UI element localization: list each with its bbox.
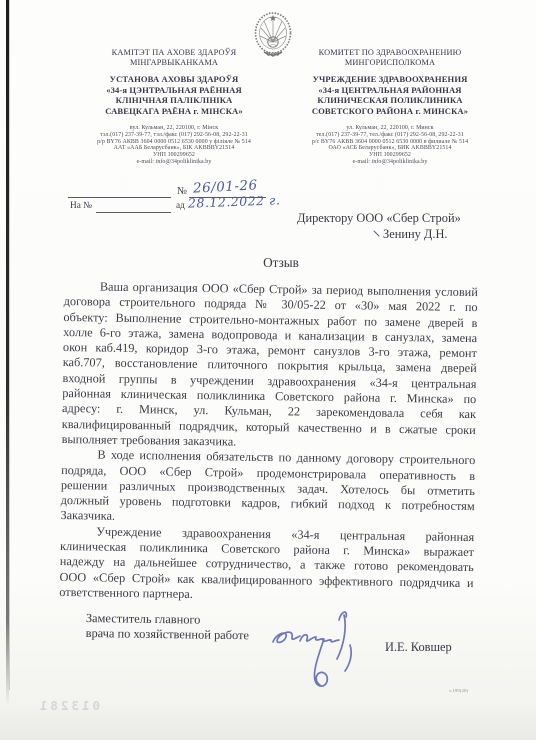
bleed-through-number: 013281 <box>30 698 100 713</box>
text-line: МИНГОРИСПОЛКОМА <box>295 58 485 68</box>
letter-body: Ваша организация ООО «Сбер Строй» за пер… <box>59 279 478 606</box>
org-block-belarusian: КАМІТЭТ ПА АХОВЕ ЗДАРОЎЯМІНГАРВЫКАНКАМА … <box>79 48 269 166</box>
text-line: тел.(017) 237-39-77, тел./факс (017) 292… <box>295 132 485 139</box>
document-title: Отзыв <box>64 255 498 271</box>
organization-name-by: УСТАНОВА АХОВЫ ЗДАРОЎЯ«34-я ЦЭНТРАЛЬНАЯ … <box>79 74 269 116</box>
text-line: УСТАНОВА АХОВЫ ЗДАРОЎЯ <box>79 74 269 85</box>
text-line: УЧРЕЖДЕНИЕ ЗДРАВООХРАНЕНИЯ <box>295 74 485 85</box>
organization-address-ru: ул. Кульман, 22, 220100, г. Минсктел.(01… <box>295 125 485 165</box>
on-number-underline <box>96 212 171 213</box>
org-block-russian: КОМИТЕТ ПО ЗДРАВООХРАНЕНИЮМИНГОРИСПОЛКОМ… <box>295 48 485 166</box>
on-number-label: На № <box>70 201 92 211</box>
text-line: ААТ «ААБ Беларусбанк», БІК AKBBBY21514 <box>79 145 269 152</box>
text-line: ОАО «АСБ Беларусбанк», БИК AKBBBY21514 <box>295 145 485 152</box>
signatory-position-line2: врача по хозяйственной работе <box>86 626 249 644</box>
text-line: КОМИТЕТ ПО ЗДРАВООХРАНЕНИЮ <box>295 48 485 58</box>
text-line: e-mail: info@34poliklinika.by <box>79 159 269 166</box>
text-line: тэл.(017) 237-39-77, тэл./факс (017) 292… <box>79 132 269 139</box>
text-line: СОВЕТСКОГО РАЙОНА г. МИНСКА» <box>295 106 485 117</box>
text-line: УНП 100299652 <box>295 152 485 159</box>
text-line: КАМІТЭТ ПА АХОВЕ ЗДАРОЎЯ <box>79 48 269 58</box>
organization-address-by: вул. Кульман, 22, 220100, г. Мінсктэл.(0… <box>79 125 269 165</box>
signatory-position: Заместитель главного врача по хозяйствен… <box>86 611 250 644</box>
pen-tick-mark-icon <box>373 230 380 238</box>
form-code: з.199(20) <box>449 688 468 693</box>
text-line: САВЕЦКАГА РАЁНА г. МІНСКА» <box>79 106 269 117</box>
belarus-coat-of-arms-icon <box>253 11 293 59</box>
handwritten-signature-icon <box>266 607 382 697</box>
scanner-edge-artifact-2 <box>9 0 10 690</box>
text-line: КЛИНИЧЕСКАЯ ПОЛИКЛИНИКА <box>295 95 485 106</box>
addressee-name: Зенину Д.Н. <box>297 227 512 243</box>
number-label: № <box>177 186 187 197</box>
addressee-block: Директору ООО «Сбер Строй» Зенину Д.Н. <box>297 211 512 242</box>
blank-underline <box>68 197 171 198</box>
text-line: e-mail: info@34poliklinika.by <box>295 159 485 166</box>
text-line: УНП 100299652 <box>79 152 269 159</box>
signatory-name: И.Е. Ковшер <box>385 640 452 655</box>
from-date-label: ад <box>176 201 185 211</box>
text-line: «34-я ЦЭНТРАЛЬНАЯ РАЁННАЯ <box>79 85 269 96</box>
text-line: «34-я ЦЕНТРАЛЬНАЯ РАЙОННАЯ <box>295 85 485 96</box>
committee-name-by: КАМІТЭТ ПА АХОВЕ ЗДАРОЎЯМІНГАРВЫКАНКАМА <box>79 48 269 68</box>
addressee-name-text: Зенину Д.Н. <box>383 227 448 241</box>
text-line: КЛІНІЧНАЯ ПАЛІКЛІНІКА <box>79 95 269 106</box>
text-line: МІНГАРВЫКАНКАМА <box>79 58 269 68</box>
scanned-letter-page: КАМІТЭТ ПА АХОВЕ ЗДАРОЎЯМІНГАРВЫКАНКАМА … <box>0 0 536 740</box>
committee-name-ru: КОМИТЕТ ПО ЗДРАВООХРАНЕНИЮМИНГОРИСПОЛКОМ… <box>295 48 485 68</box>
addressee-position: Директору ООО «Сбер Строй» <box>297 211 512 227</box>
organization-name-ru: УЧРЕЖДЕНИЕ ЗДРАВООХРАНЕНИЯ«34-я ЦЕНТРАЛЬ… <box>295 74 485 116</box>
handwritten-date: 28.12.2022 г. <box>188 192 281 210</box>
